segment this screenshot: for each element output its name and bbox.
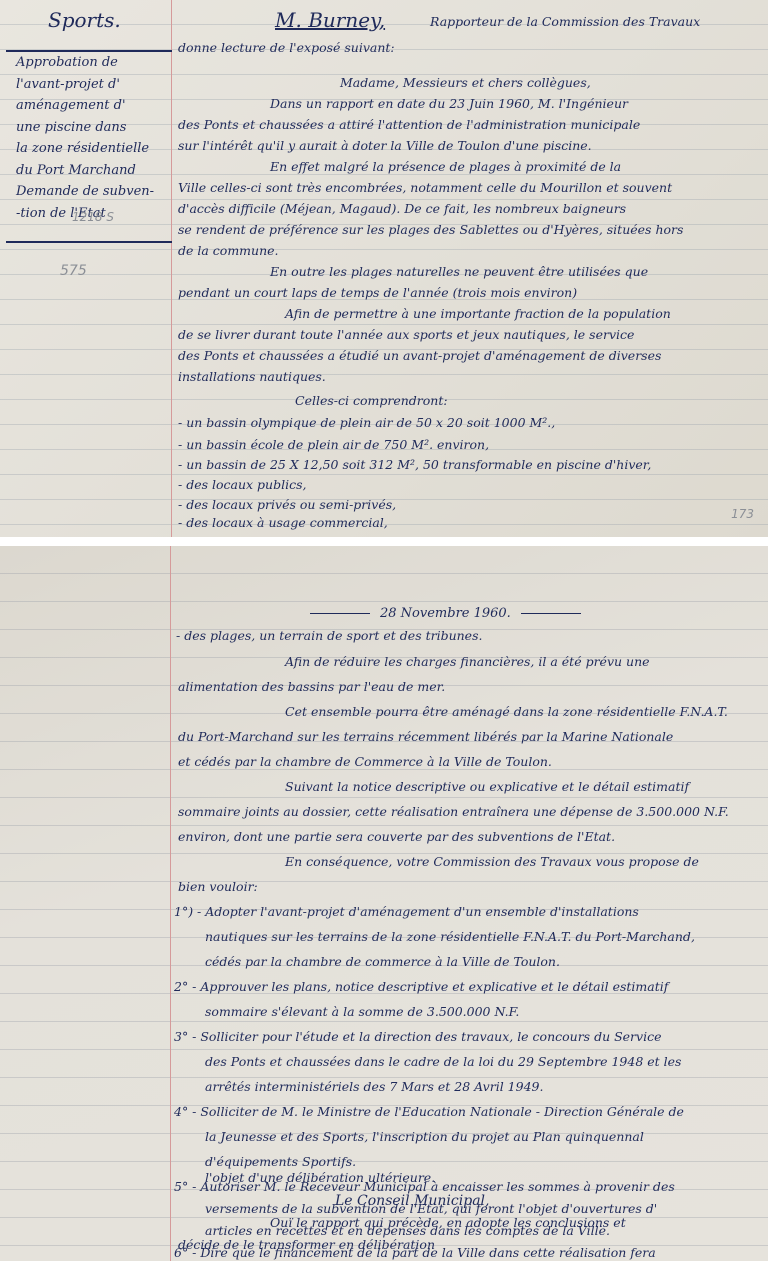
- list-item: - des plages, un terrain de sport et des…: [176, 628, 482, 644]
- body-line: Ville celles-ci sont très encombrées, no…: [178, 180, 672, 196]
- resolution-line: sommaire s'élevant à la somme de 3.500.0…: [205, 1004, 519, 1020]
- subject-summary: Approbation de l'avant-projet d' aménage…: [16, 52, 172, 224]
- body-line: de la commune.: [178, 243, 279, 259]
- subject-line: du Port Marchand: [16, 160, 172, 182]
- subject-line: Approbation de: [16, 52, 172, 74]
- rapporteur-role: Rapporteur de la Commission des Travaux: [430, 14, 700, 29]
- body-line: Cet ensemble pourra être aménagé dans la…: [285, 704, 728, 720]
- list-item: - des locaux privés ou semi-privés,: [178, 497, 396, 513]
- list-item: - un bassin école de plein air de 750 M²…: [178, 437, 489, 453]
- body-line: En conséquence, votre Commission des Tra…: [285, 854, 699, 870]
- subject-line: une piscine dans: [16, 117, 172, 139]
- resolution-item: 3° - Solliciter pour l'étude et la direc…: [174, 1029, 662, 1045]
- resolution-line: cédés par la chambre de commerce à la Vi…: [205, 954, 560, 970]
- resolution-line: arrêtés interministériels des 7 Mars et …: [205, 1079, 543, 1095]
- body-line: Suivant la notice descriptive ou explica…: [285, 779, 689, 795]
- resolution-line: l'objet d'une délibération ultérieure.: [205, 1170, 435, 1186]
- body-line: alimentation des bassins par l'eau de me…: [178, 679, 445, 695]
- section-title: Sports.: [48, 8, 121, 32]
- body-line: décide de le transformer en délibération: [178, 1237, 435, 1253]
- resolution-item: 4° - Solliciter de M. le Ministre de l'E…: [174, 1104, 684, 1120]
- council-heading: Le Conseil Municipal,: [335, 1193, 489, 1209]
- body-line: sur l'intérêt qu'il y aurait à doter la …: [178, 138, 592, 154]
- folio-number: 173: [731, 507, 754, 521]
- pencil-number: 575: [60, 263, 87, 279]
- resolution-line: d'équipements Sportifs.: [205, 1154, 356, 1170]
- body-line: du Port-Marchand sur les terrains récemm…: [178, 729, 673, 745]
- salutation: Madame, Messieurs et chers collègues,: [340, 75, 591, 91]
- date-text: 28 Novembre 1960.: [380, 606, 511, 621]
- rapporteur-name: M. Burney,: [275, 8, 385, 32]
- register-page-1: Sports. Approbation de l'avant-projet d'…: [0, 0, 768, 537]
- body-line: installations nautiques.: [178, 369, 326, 385]
- resolution-item: 1°) - Adopter l'avant-projet d'aménageme…: [174, 904, 639, 920]
- list-item: - un bassin olympique de plein air de 50…: [178, 415, 555, 431]
- body-line: et cédés par la chambre de Commerce à la…: [178, 754, 552, 770]
- body-line: pendant un court laps de temps de l'anné…: [178, 285, 577, 301]
- page-2-closing: Le Conseil Municipal, Ouï le rapport qui…: [0, 1195, 768, 1261]
- body-line: bien vouloir:: [178, 879, 258, 895]
- body-line: de se livrer durant toute l'année aux sp…: [178, 327, 634, 343]
- list-item: - des locaux à usage commercial,: [178, 515, 388, 531]
- body-line: En outre les plages naturelles ne peuven…: [270, 264, 648, 280]
- list-item: - un bassin de 25 X 12,50 soit 312 M², 5…: [178, 457, 651, 473]
- body-line: des Ponts et chaussées a étudié un avant…: [178, 348, 661, 364]
- body-line: Dans un rapport en date du 23 Juin 1960,…: [270, 96, 628, 112]
- body-line: d'accès difficile (Méjean, Magaud). De c…: [178, 201, 626, 217]
- subject-line: aménagement d': [16, 95, 172, 117]
- body-line: environ, dont une partie sera couverte p…: [178, 829, 615, 845]
- register-page-2: 28 Novembre 1960. - des plages, un terra…: [0, 546, 768, 1261]
- body-line: En effet malgré la présence de plages à …: [270, 159, 621, 175]
- resolution-line: nautiques sur les terrains de la zone ré…: [205, 929, 695, 945]
- body-line: Afin de réduire les charges financières,…: [285, 654, 650, 670]
- resolution-line: la Jeunesse et des Sports, l'inscription…: [205, 1129, 644, 1145]
- list-intro: Celles-ci comprendront:: [295, 393, 448, 409]
- body-line: sommaire joints au dossier, cette réalis…: [178, 804, 729, 820]
- date-rule-left: [310, 613, 370, 614]
- body-line: donne lecture de l'exposé suivant:: [178, 40, 395, 56]
- subject-line: l'avant-projet d': [16, 74, 172, 96]
- body-line: des Ponts et chaussées a attiré l'attent…: [178, 117, 640, 133]
- subject-line: Demande de subven-: [16, 181, 172, 203]
- subject-line: la zone résidentielle: [16, 138, 172, 160]
- margin-rule: [170, 546, 171, 1261]
- session-date: 28 Novembre 1960.: [300, 606, 591, 621]
- body-line: se rendent de préférence sur les plages …: [178, 222, 683, 238]
- resolution-item: 2° - Approuver les plans, notice descrip…: [174, 979, 668, 995]
- body-line: Ouï le rapport qui précède, en adopte le…: [270, 1215, 626, 1231]
- body-line: Afin de permettre à une importante fract…: [285, 306, 671, 322]
- sidebar-divider-bottom: [6, 241, 172, 243]
- resolution-line: des Ponts et chaussées dans le cadre de …: [205, 1054, 681, 1070]
- list-item: - des locaux publics,: [178, 477, 306, 493]
- date-rule-right: [521, 613, 581, 614]
- reference-number: 1218 S: [72, 210, 114, 224]
